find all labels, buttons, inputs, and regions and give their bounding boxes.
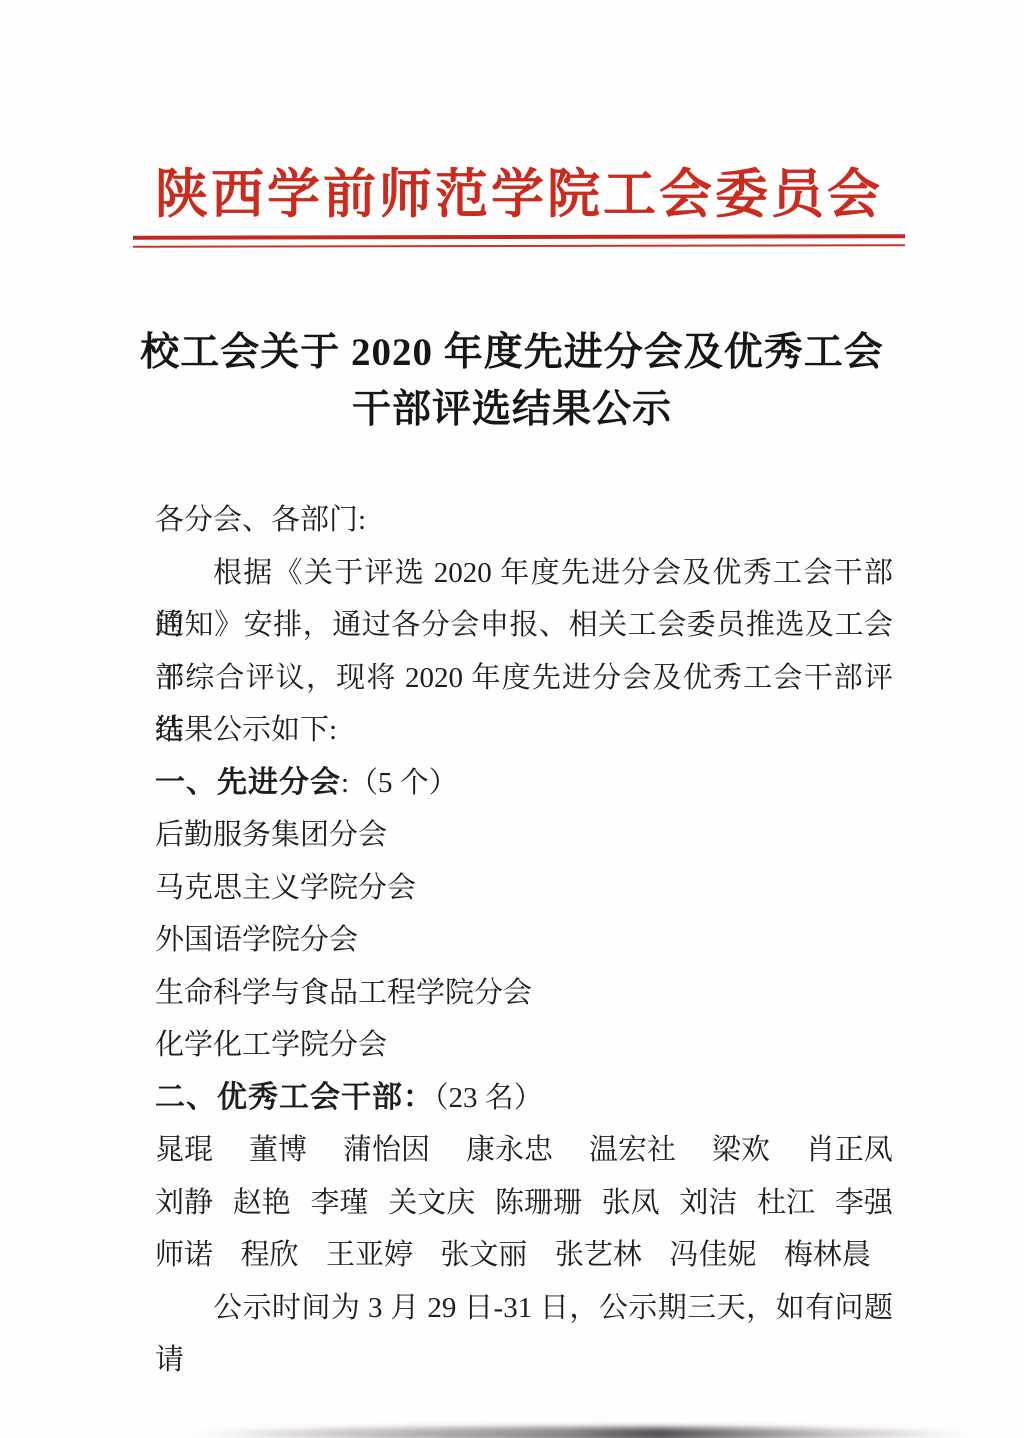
person-name: 师诺: [155, 1229, 213, 1282]
person-name: 张凤: [602, 1177, 660, 1230]
person-name: 康永忠: [466, 1124, 553, 1177]
person-name: 肖正凤: [806, 1124, 893, 1177]
document-page: 陕西学前师范学院工会委员会 校工会关于 2020 年度先进分会及优秀工会 干部评…: [0, 0, 1024, 1438]
section1-heading-label: 一、先进分会: [155, 766, 341, 799]
name-row: 师诺 程欣 王亚婷 张文丽 张艺林 冯佳妮 梅林晨: [155, 1229, 871, 1282]
person-name: 温宏社: [589, 1124, 676, 1177]
intro-line: 根据《关于评选 2020 年度先进分会及优秀工会干部的: [155, 547, 893, 600]
person-name: 晁琨: [155, 1124, 213, 1177]
document-body: 各分会、各部门: 根据《关于评选 2020 年度先进分会及优秀工会干部的 通知》…: [155, 494, 893, 1334]
intro-line: 结果公示如下:: [155, 704, 893, 757]
list-item: 生命科学与食品工程学院分会: [155, 967, 893, 1020]
section2-heading: 二、优秀工会干部：（23 名）: [155, 1072, 893, 1125]
person-name: 张艺林: [555, 1229, 642, 1282]
person-name: 关文庆: [388, 1177, 475, 1230]
section2-heading-label: 二、优秀工会干部：: [155, 1081, 434, 1114]
list-item: 后勤服务集团分会: [155, 809, 893, 862]
section2-heading-count: （23 名）: [434, 1082, 543, 1114]
letterhead-rule-thin: [133, 244, 905, 248]
person-name: 李瑾: [310, 1177, 368, 1230]
person-name: 冯佳妮: [669, 1229, 756, 1282]
person-name: 刘静: [155, 1177, 213, 1230]
person-name: 蒲怡因: [343, 1124, 430, 1177]
person-name: 梅林晨: [784, 1229, 871, 1282]
person-name: 王亚婷: [326, 1229, 413, 1282]
section1-heading: 一、先进分会:（5 个）: [155, 757, 893, 810]
document-title-line1: 校工会关于 2020 年度先进分会及优秀工会: [0, 324, 1024, 381]
list-item: 外国语学院分会: [155, 914, 893, 967]
salutation: 各分会、各部门:: [155, 494, 893, 547]
list-item: 马克思主义学院分会: [155, 862, 893, 915]
letterhead-rule-thick: [133, 234, 905, 240]
person-name: 杜江: [757, 1177, 815, 1230]
scanner-edge-shadow: [185, 1427, 975, 1438]
letterhead-org-name: 陕西学前师范学院工会委员会: [0, 152, 1024, 228]
person-name: 梁欢: [712, 1124, 770, 1177]
person-name: 董博: [249, 1124, 307, 1177]
closing-line: 公示时间为 3 月 29 日-31 日，公示期三天，如有问题请: [155, 1282, 893, 1335]
intro-line: 通知》安排，通过各分会申报、相关工会委员推选及工会干: [155, 599, 893, 652]
intro-line: 部综合评议，现将 2020 年度先进分会及优秀工会干部评选: [155, 652, 893, 705]
person-name: 赵艳: [233, 1177, 291, 1230]
list-item: 化学化工学院分会: [155, 1019, 893, 1072]
name-row: 刘静 赵艳 李瑾 关文庆 陈珊珊 张凤 刘洁 杜江 李强: [155, 1177, 893, 1230]
person-name: 陈珊珊: [495, 1177, 582, 1230]
document-title-line2: 干部评选结果公示: [0, 381, 1024, 438]
section1-heading-count: :（5 个）: [341, 767, 458, 799]
person-name: 刘洁: [679, 1177, 737, 1230]
person-name: 李强: [835, 1177, 893, 1230]
name-row: 晁琨 董博 蒲怡因 康永忠 温宏社 梁欢 肖正凤: [155, 1124, 893, 1177]
person-name: 张文丽: [440, 1229, 527, 1282]
person-name: 程欣: [240, 1229, 298, 1282]
document-title: 校工会关于 2020 年度先进分会及优秀工会 干部评选结果公示: [0, 324, 1024, 438]
